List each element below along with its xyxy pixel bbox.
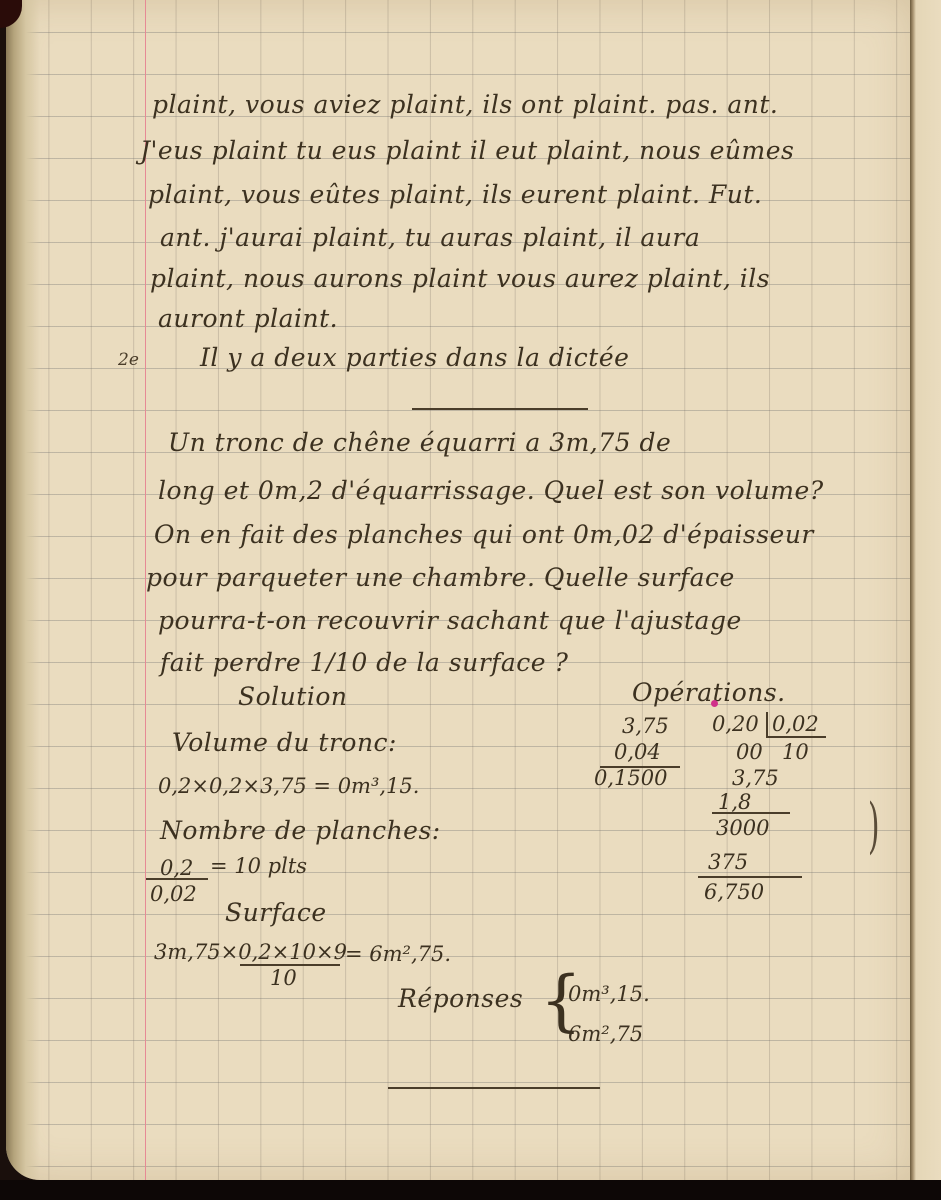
op2-factor-a: 3,75 xyxy=(732,768,779,789)
section-divider xyxy=(412,408,588,410)
problem-line-6: fait perdre 1/10 de la surface ? xyxy=(160,650,568,675)
planks-denominator: 0,02 xyxy=(150,884,197,905)
conjugation-line-4: ant. j'aurai plaint, tu auras plaint, il… xyxy=(160,225,700,250)
next-page-edge xyxy=(910,0,941,1180)
answer-surface: 6m²,75 xyxy=(568,1024,643,1045)
op1-result: 0,1500 xyxy=(594,768,667,789)
surface-divisor: 10 xyxy=(270,968,297,989)
operations-heading: Opérations. xyxy=(632,680,786,705)
background-edge xyxy=(0,1180,941,1200)
conjugation-line-5: plaint, nous aurons plaint vous aurez pl… xyxy=(150,266,770,291)
division-remainder: 00 xyxy=(736,742,763,763)
answer-volume: 0m³,15. xyxy=(568,984,650,1005)
volume-label: Volume du tronc: xyxy=(172,730,397,755)
conjugation-line-3: plaint, vous eûtes plaint, ils eurent pl… xyxy=(148,182,762,207)
problem-line-1: Un tronc de chêne équarri a 3m,75 de xyxy=(168,430,671,455)
division-divisor: 0,02 xyxy=(772,714,819,735)
volume-calc: 0,2×0,2×3,75 = 0m³,15. xyxy=(158,776,419,797)
op2-bar-1 xyxy=(712,812,790,814)
planks-label: Nombre de planches: xyxy=(160,818,441,843)
division-quotient: 10 xyxy=(782,742,809,763)
division-vertical-bar xyxy=(766,712,768,738)
item-2-text: Il y a deux parties dans la dictée xyxy=(200,345,629,370)
marginal-pencil-mark: ) xyxy=(868,796,880,856)
problem-line-3: On en fait des planches qui ont 0m,02 d'… xyxy=(154,522,814,547)
planks-result: = 10 plts xyxy=(210,856,307,877)
surface-result: = 6m²,75. xyxy=(345,944,451,965)
op2-result: 6,750 xyxy=(704,882,764,903)
surface-calc: 3m,75×0,2×10×9 xyxy=(154,942,347,963)
end-divider xyxy=(388,1087,600,1089)
conjugation-line-1: plaint, vous aviez plaint, ils ont plain… xyxy=(152,92,778,117)
item-number: 2e xyxy=(118,350,139,370)
problem-line-2: long et 0m,2 d'équarrissage. Quel est so… xyxy=(158,478,824,503)
op2-partial-2: 375 xyxy=(708,852,748,873)
division-bar xyxy=(766,736,826,738)
planks-numerator: 0,2 xyxy=(160,858,193,879)
op1-factor-a: 3,75 xyxy=(622,716,669,737)
conjugation-line-6: auront plaint. xyxy=(158,306,338,331)
op1-factor-b: 0,04 xyxy=(614,742,661,763)
op2-partial-1: 3000 xyxy=(716,818,769,839)
op2-factor-b: 1,8 xyxy=(718,792,751,813)
op2-bar-2 xyxy=(698,876,802,878)
conjugation-line-2: J'eus plaint tu eus plaint il eut plaint… xyxy=(140,138,794,163)
answers-label: Réponses xyxy=(398,986,523,1011)
problem-line-5: pourra-t-on recouvrir sachant que l'ajus… xyxy=(158,608,742,633)
surface-label: Surface xyxy=(225,900,327,925)
problem-line-4: pour parqueter une chambre. Quelle surfa… xyxy=(146,565,735,590)
division-dividend: 0,20 xyxy=(712,714,759,735)
planks-fraction-bar xyxy=(146,878,208,880)
solution-heading: Solution xyxy=(238,684,347,709)
ink-stain xyxy=(711,700,718,707)
